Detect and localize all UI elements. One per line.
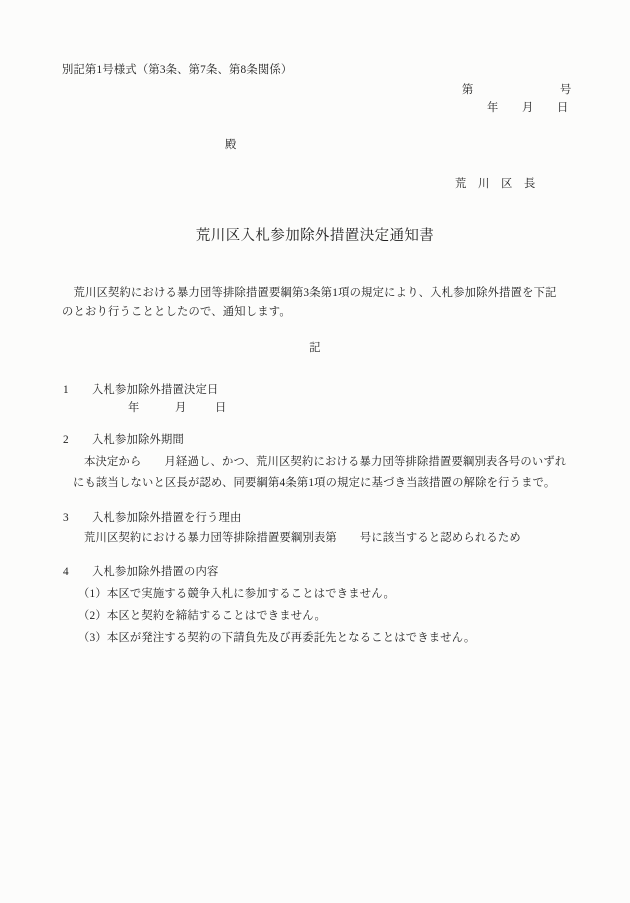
doc-number-prefix: 第 [462,84,474,97]
section-4-item-3: （3）本区が発注する契約の下請負先及び再委託先となることはできません。 [78,632,475,645]
opening-paragraph-line-2: のとおり行うこととしたので、通知します。 [62,306,291,319]
doc-number-suffix: 号 [560,84,572,97]
header-date-month: 月 [522,102,534,115]
section-1-date-month: 月 [175,402,187,415]
section-3-heading: 入札参加除外措置を行う理由 [92,512,241,525]
record-marker: 記 [0,342,630,355]
section-4-item-1: （1）本区で実施する競争入札に参加することはできません。 [78,588,395,601]
section-1-number: 1 [63,384,69,397]
section-1-heading: 入札参加除外措置決定日 [92,384,218,397]
section-2-number: 2 [63,434,69,447]
addressee-honorific: 殿 [225,139,237,152]
section-2-body-line-1: 本決定から 月経過し、かつ、荒川区契約における暴力団等排除措置要綱別表各号のいず… [84,456,566,469]
section-3-number: 3 [63,512,69,525]
section-2-body-line-2: にも該当しないと区長が認め、同要綱第4条第1項の規定に基づき当該措置の解除を行う… [73,477,555,490]
header-date-year: 年 [487,102,499,115]
section-2-heading: 入札参加除外期間 [92,434,184,447]
form-reference: 別記第1号様式（第3条、第7条、第8条関係） [62,64,292,77]
opening-paragraph-line-1: 荒川区契約における暴力団等排除措置要綱第3条第1項の規定により、入札参加除外措置… [62,287,557,300]
section-4-heading: 入札参加除外措置の内容 [92,566,218,579]
section-1-date-day: 日 [215,402,227,415]
section-1-date-year: 年 [128,402,140,415]
document-title: 荒川区入札参加除外措置決定通知書 [0,228,630,245]
header-date-day: 日 [557,102,569,115]
section-4-item-2: （2）本区と契約を締結することはできません。 [78,610,326,623]
section-3-body-line-1: 荒川区契約における暴力団等排除措置要綱別表第 号に該当すると認められるため [84,532,521,545]
sender-line: 荒 川 区 長 [455,178,535,191]
section-4-number: 4 [63,566,69,579]
document-page: 別記第1号様式（第3条、第7条、第8条関係） 第 号 年 月 日 殿 荒 川 区… [0,0,630,903]
